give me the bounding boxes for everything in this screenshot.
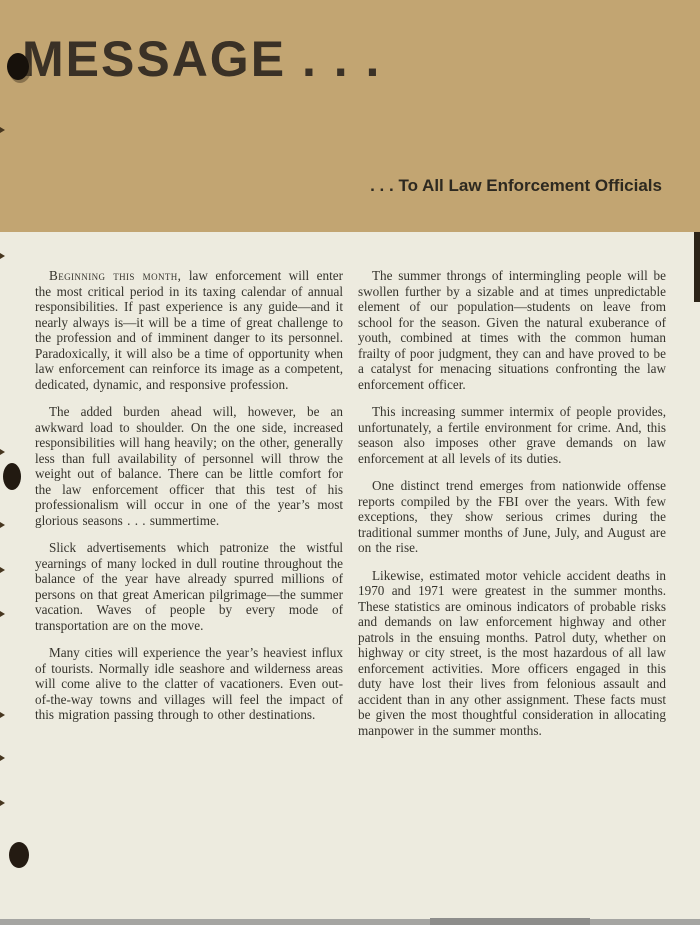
scan-edge-bottom-dark [430,918,590,925]
binding-mark [0,522,5,528]
article-body: Beginning this month, law enforcement wi… [35,268,666,750]
scan-edge-bottom [0,919,700,925]
right-column: The summer throngs of intermingling peop… [358,268,666,750]
page-title: MESSAGE . . . [22,30,381,88]
hole-punch-top [7,53,29,80]
binding-mark [0,253,5,259]
paragraph-text: law enforcement will enter the most crit… [35,268,343,392]
binding-mark [0,800,5,806]
paragraph: The summer throngs of intermingling peop… [358,268,666,392]
left-column: Beginning this month, law enforcement wi… [35,268,343,750]
page-subtitle: . . . To All Law Enforcement Officials [370,176,662,196]
paragraph: The added burden ahead will, however, be… [35,404,343,528]
paragraph: This increasing summer intermix of peopl… [358,404,666,466]
paragraph: One distinct trend emerges from nationwi… [358,478,666,556]
hole-punch-bottom [9,842,29,868]
paragraph-intro: Beginning this month, law enforcement wi… [35,268,343,392]
paragraph: Slick advertisements which patronize the… [35,540,343,633]
binding-mark [0,611,5,617]
binding-mark [0,567,5,573]
binding-mark [0,449,5,455]
hole-punch-middle [3,463,21,490]
paragraph: Many cities will experience the year’s h… [35,645,343,723]
lead-in-smallcaps: Beginning this month, [49,268,181,283]
binding-mark [0,712,5,718]
masthead: MESSAGE . . . . . . To All Law Enforceme… [0,0,700,232]
document-page: MESSAGE . . . . . . To All Law Enforceme… [0,0,700,925]
paragraph: Likewise, estimated motor vehicle accide… [358,568,666,739]
binding-mark [0,755,5,761]
